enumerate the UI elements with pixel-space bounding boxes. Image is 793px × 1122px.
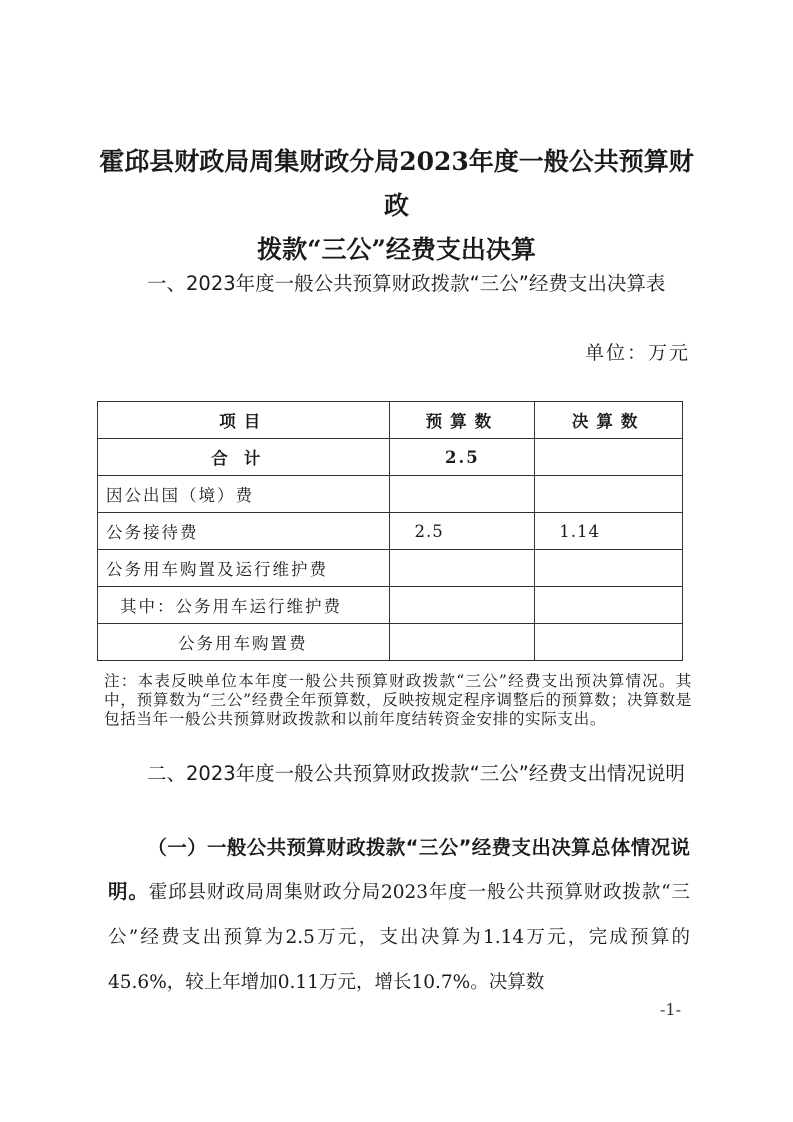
cell-item: 公务用车购置及运行维护费: [98, 550, 390, 587]
cell-item: 公务接待费: [98, 513, 390, 550]
three-public-expense-table: 项目 预算数 决算数 合计 2.5 因公出国（境）费 公务接待费 2.5 1.1…: [97, 401, 683, 661]
document-title-line1: 霍邱县财政局周集财政分局2023年度一般公共预算财政: [90, 140, 703, 228]
page-number: -1-: [660, 1000, 681, 1019]
cell-budget: [390, 550, 535, 587]
cell-final: [535, 587, 683, 624]
table-note: 注：本表反映单位本年度一般公共预算财政拨款“三公”经费支出预决算情况。其中，预算…: [104, 672, 692, 729]
section1-heading: 一、2023年度一般公共预算财政拨款“三公”经费支出决算表: [108, 262, 690, 306]
cell-budget: [390, 476, 535, 513]
cell-final: 1.14: [535, 513, 683, 550]
table-row: 公务用车购置及运行维护费: [98, 550, 683, 587]
table-row-total: 合计 2.5: [98, 439, 683, 476]
table-row: 其中：公务用车运行维护费: [98, 587, 683, 624]
cell-item: 公务用车购置费: [98, 624, 390, 661]
cell-budget: [390, 624, 535, 661]
cell-final: [535, 476, 683, 513]
cell-budget: [390, 587, 535, 624]
document-title: 霍邱县财政局周集财政分局2023年度一般公共预算财政 拨款“三公”经费支出决算: [90, 140, 703, 272]
cell-item: 其中：公务用车运行维护费: [98, 587, 390, 624]
section3-paragraph: （一）一般公共预算财政拨款“三公”经费支出决算总体情况说明。霍邱县财政局周集财政…: [108, 826, 690, 1005]
cell-budget: 2.5: [390, 439, 535, 476]
table-row: 因公出国（境）费: [98, 476, 683, 513]
section2-heading: 二、2023年度一般公共预算财政拨款“三公”经费支出情况说明: [108, 752, 690, 796]
header-budget: 预算数: [390, 402, 535, 439]
cell-item: 因公出国（境）费: [98, 476, 390, 513]
section2-heading-text: 二、2023年度一般公共预算财政拨款“三公”经费支出情况说明: [147, 762, 685, 785]
cell-final: [535, 624, 683, 661]
table-row: 公务用车购置费: [98, 624, 683, 661]
section3-body: 霍邱县财政局周集财政分局2023年度一般公共预算财政拨款“三公”经费支出预算为2…: [108, 882, 690, 993]
unit-label: 单位：万元: [585, 338, 690, 368]
cell-final: [535, 439, 683, 476]
table-row: 公务接待费 2.5 1.14: [98, 513, 683, 550]
header-final: 决算数: [535, 402, 683, 439]
cell-item: 合计: [98, 439, 390, 476]
cell-budget: 2.5: [390, 513, 535, 550]
section1-heading-text: 一、2023年度一般公共预算财政拨款“三公”经费支出决算表: [147, 272, 665, 295]
cell-final: [535, 550, 683, 587]
table-header-row: 项目 预算数 决算数: [98, 402, 683, 439]
header-item: 项目: [98, 402, 390, 439]
